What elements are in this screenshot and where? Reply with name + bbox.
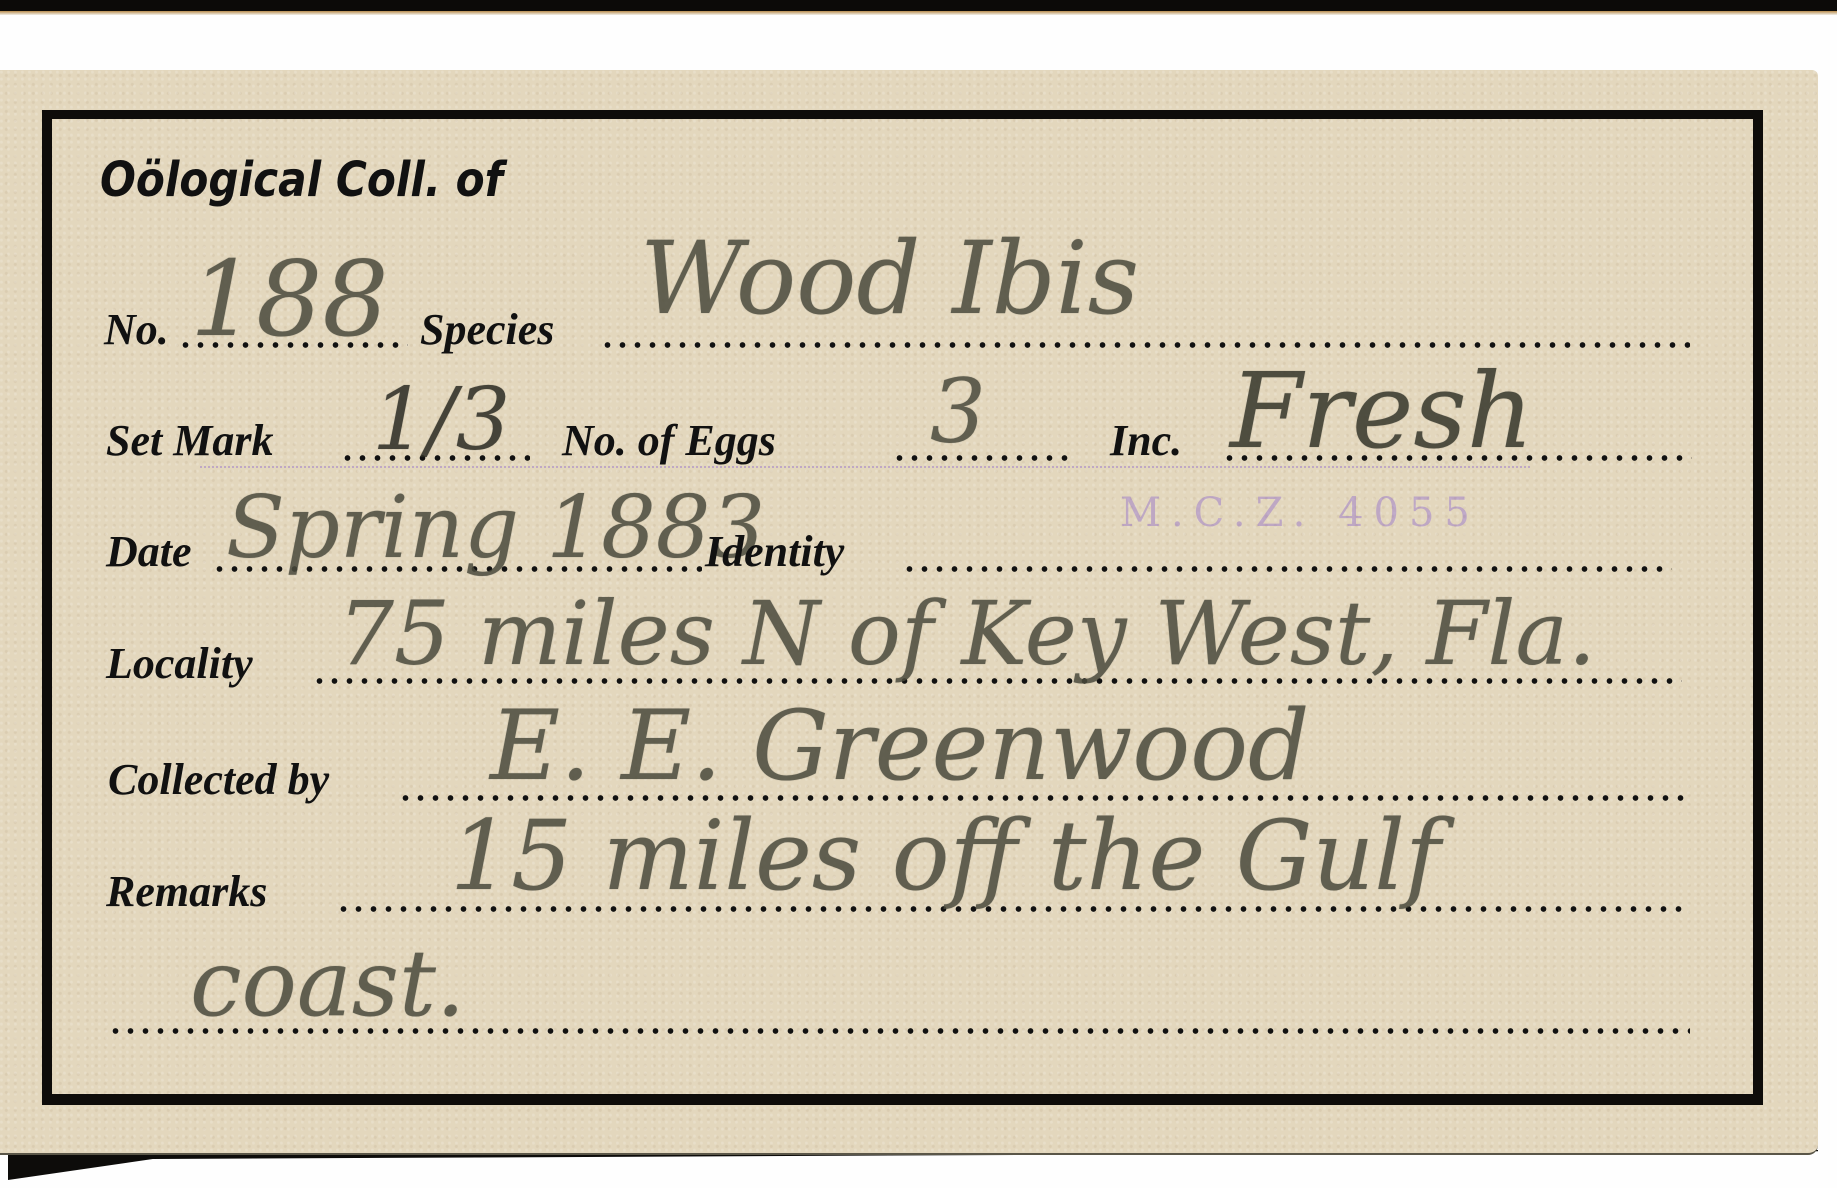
collected-by-value: E. E. Greenwood [490,690,1309,802]
remarks-value: 15 miles off the Gulf [450,800,1441,912]
set-mark-label: Set Mark [106,415,273,466]
card-title: Oölogical Coll. of [100,152,503,208]
number-value: 188 [190,238,389,360]
scan-top-edge [0,0,1837,11]
scan-top-edge-gradient [0,11,1837,15]
species-label: Species [420,304,554,355]
eggs-label: No. of Eggs [562,415,776,466]
identity-label: Identity [705,526,844,577]
incubation-label: Inc. [1110,415,1182,466]
locality-label: Locality [106,638,253,689]
identity-dots [902,566,1672,572]
species-value: Wood Ibis [640,220,1139,337]
date-value: Spring 1883 [226,478,765,578]
eggs-value: 3 [930,360,986,463]
incubation-value: Fresh [1230,350,1534,472]
species-dots [600,342,1690,348]
collected-by-label: Collected by [108,754,329,805]
locality-value: 75 miles N of Key West, Fla. [338,582,1596,685]
remarks-continuation-value: coast. [190,930,465,1037]
museum-stamp: M.C.Z. 4055 [1120,490,1480,536]
remarks-label: Remarks [106,866,267,917]
number-label: No. [104,304,169,355]
date-label: Date [106,526,192,577]
set-mark-value: 1/3 [372,370,510,470]
